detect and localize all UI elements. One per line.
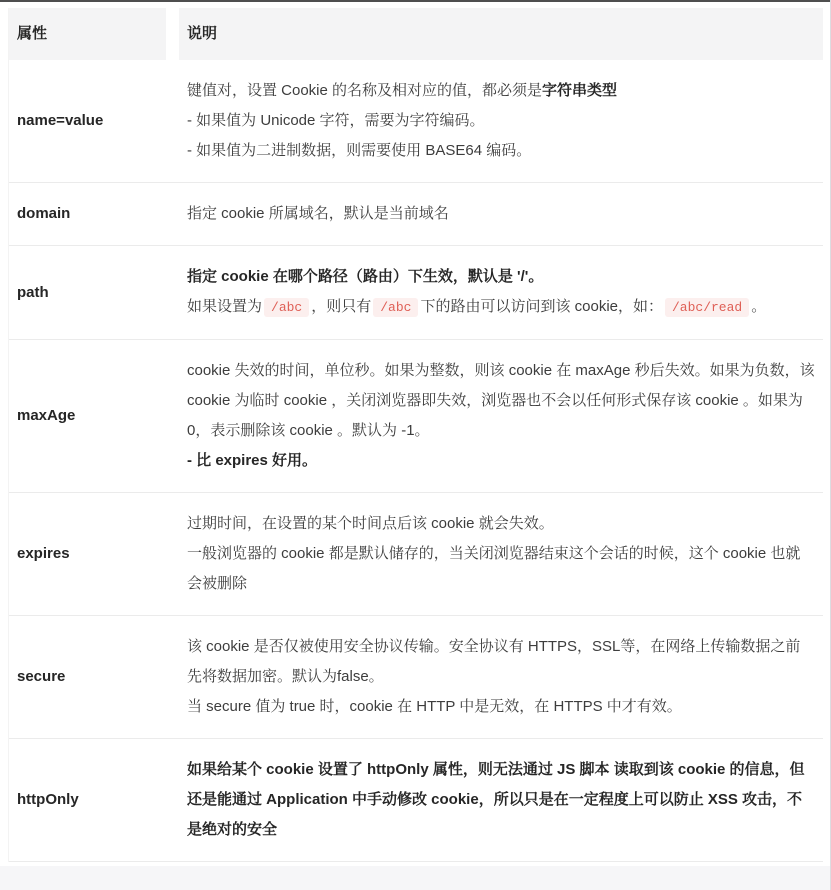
description-line: cookie 失效的时间，单位秒。如果为整数，则该 cookie 在 maxAg… <box>187 356 815 446</box>
text: 过期时间，在设置的某个时间点后该 cookie 就会失效。 <box>187 515 554 532</box>
description-line: - 如果值为 Unicode 字符，需要为字符编码。 <box>187 106 815 136</box>
bold-text: - 比 expires 好用。 <box>187 452 317 469</box>
attribute-name: domain <box>9 183 179 245</box>
description-line: 如果设置为/abc，则只有/abc下的路由可以访问到该 cookie，如：/ab… <box>187 292 815 323</box>
text: - 如果值为二进制数据，则需要使用 BASE64 编码。 <box>187 142 531 159</box>
description-line: 指定 cookie 在哪个路径（路由）下生效，默认是 '/'。 <box>187 262 815 292</box>
attribute-name: maxAge <box>9 340 179 492</box>
text: cookie 失效的时间，单位秒。如果为整数，则该 cookie 在 maxAg… <box>187 362 815 439</box>
text: 指定 cookie 所属域名，默认是当前域名 <box>187 205 449 222</box>
table-row: expires过期时间，在设置的某个时间点后该 cookie 就会失效。一般浏览… <box>9 493 823 616</box>
description-line: 如果给某个 cookie 设置了 httpOnly 属性，则无法通过 JS 脚本… <box>187 755 815 845</box>
description-line: 过期时间，在设置的某个时间点后该 cookie 就会失效。 <box>187 509 815 539</box>
description-line: 当 secure 值为 true 时，cookie 在 HTTP 中是无效，在 … <box>187 692 815 722</box>
attribute-name: name=value <box>9 60 179 182</box>
table-row: maxAgecookie 失效的时间，单位秒。如果为整数，则该 cookie 在… <box>9 340 823 493</box>
attribute-description: 指定 cookie 在哪个路径（路由）下生效，默认是 '/'。如果设置为/abc… <box>179 246 823 339</box>
top-divider <box>0 0 830 2</box>
attribute-name: path <box>9 246 179 339</box>
attribute-name: expires <box>9 493 179 615</box>
attribute-name: httpOnly <box>9 739 179 861</box>
attribute-description: 如果给某个 cookie 设置了 httpOnly 属性，则无法通过 JS 脚本… <box>179 739 823 861</box>
text: 当 secure 值为 true 时，cookie 在 HTTP 中是无效，在 … <box>187 698 682 715</box>
text: ，则只有 <box>311 298 371 315</box>
column-header-description: 说明 <box>179 8 823 60</box>
table-row: domain指定 cookie 所属域名，默认是当前域名 <box>9 183 823 246</box>
bold-text: 指定 cookie 在哪个路径（路由）下生效，默认是 '/'。 <box>187 268 543 285</box>
text: - 如果值为 Unicode 字符，需要为字符编码。 <box>187 112 485 129</box>
table-row: name=value键值对，设置 Cookie 的名称及相对应的值，都必须是字符… <box>9 60 823 183</box>
attribute-description: 过期时间，在设置的某个时间点后该 cookie 就会失效。一般浏览器的 cook… <box>179 493 823 615</box>
attribute-name: secure <box>9 616 179 738</box>
table-row: httpOnly如果给某个 cookie 设置了 httpOnly 属性，则无法… <box>9 739 823 862</box>
bold-text: 字符串类型 <box>542 82 617 99</box>
bold-text: 如果给某个 cookie 设置了 httpOnly 属性，则无法通过 JS 脚本… <box>187 761 805 838</box>
attribute-description: 指定 cookie 所属域名，默认是当前域名 <box>179 183 823 245</box>
table-row: secure该 cookie 是否仅被使用安全协议传输。安全协议有 HTTPS，… <box>9 616 823 739</box>
description-line: 键值对，设置 Cookie 的名称及相对应的值，都必须是字符串类型 <box>187 76 815 106</box>
column-header-attribute: 属性 <box>9 8 166 60</box>
text: 该 cookie 是否仅被使用安全协议传输。安全协议有 HTTPS，SSL等，在… <box>187 638 800 685</box>
text: 。 <box>751 298 766 315</box>
attribute-description: 该 cookie 是否仅被使用安全协议传输。安全协议有 HTTPS，SSL等，在… <box>179 616 823 738</box>
description-line: 该 cookie 是否仅被使用安全协议传输。安全协议有 HTTPS，SSL等，在… <box>187 632 815 692</box>
text: 如果设置为 <box>187 298 262 315</box>
inline-code: /abc <box>373 298 418 317</box>
text: 键值对，设置 Cookie 的名称及相对应的值，都必须是 <box>187 82 542 99</box>
inline-code: /abc <box>264 298 309 317</box>
attribute-description: 键值对，设置 Cookie 的名称及相对应的值，都必须是字符串类型- 如果值为 … <box>179 60 823 182</box>
inline-code: /abc/read <box>665 298 749 317</box>
text: 下的路由可以访问到该 cookie，如： <box>420 298 663 315</box>
footer-band <box>0 866 830 890</box>
table-row: path指定 cookie 在哪个路径（路由）下生效，默认是 '/'。如果设置为… <box>9 246 823 340</box>
description-line: - 比 expires 好用。 <box>187 446 815 476</box>
description-line: 一般浏览器的 cookie 都是默认储存的，当关闭浏览器结束这个会话的时候，这个… <box>187 539 815 599</box>
text: 一般浏览器的 cookie 都是默认储存的，当关闭浏览器结束这个会话的时候，这个… <box>187 545 800 592</box>
attribute-description: cookie 失效的时间，单位秒。如果为整数，则该 cookie 在 maxAg… <box>179 340 823 492</box>
table-body: name=value键值对，设置 Cookie 的名称及相对应的值，都必须是字符… <box>9 60 823 862</box>
cookie-attributes-table: 属性 说明 name=value键值对，设置 Cookie 的名称及相对应的值，… <box>8 8 823 862</box>
table-header-row: 属性 说明 <box>9 8 823 60</box>
description-line: - 如果值为二进制数据，则需要使用 BASE64 编码。 <box>187 136 815 166</box>
description-line: 指定 cookie 所属域名，默认是当前域名 <box>187 199 815 229</box>
